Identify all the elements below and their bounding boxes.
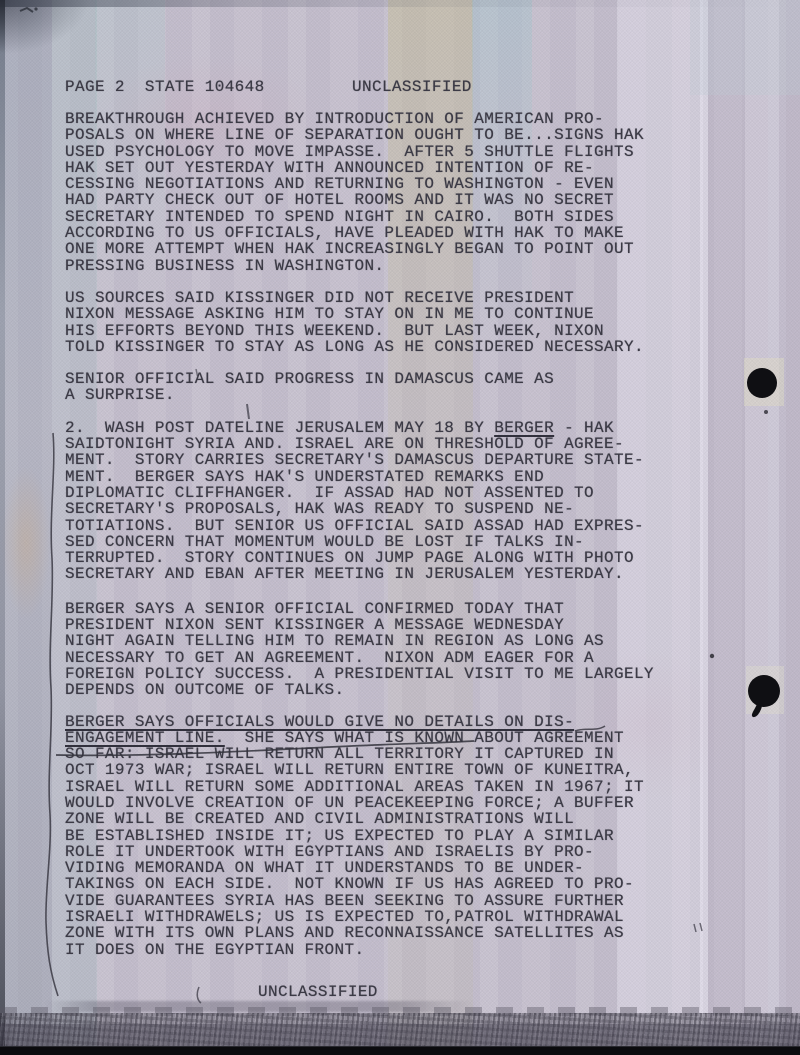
text-line: HAK SET OUT YESTERDAY WITH ANNOUNCED INT… xyxy=(65,160,705,176)
text-line: ZONE WITH ITS OWN PLANS AND RECONNAISSAN… xyxy=(65,925,705,941)
scan-band xyxy=(0,0,52,1055)
paragraph-3: SENIOR OFFICIAL SAID PROGRESS IN DAMASCU… xyxy=(65,371,705,404)
paragraph-6: BERGER SAYS OFFICIALS WOULD GIVE NO DETA… xyxy=(65,714,705,958)
text-line: BERGER SAYS A SENIOR OFFICIAL CONFIRMED … xyxy=(65,601,705,617)
text-line: 2. WASH POST DATELINE JERUSALEM MAY 18 B… xyxy=(65,420,705,436)
telegram-body: BREAKTHROUGH ACHIEVED BY INTRODUCTION OF… xyxy=(65,111,705,974)
text-line: ISRAELI WITHDRAWELS; US IS EXPECTED TO,P… xyxy=(65,909,705,925)
paragraph-4-rest: SAIDTONIGHT SYRIA AND. ISRAEL ARE ON THR… xyxy=(65,436,705,583)
text-line: VIDE GUARANTEES SYRIA HAS BEEN SEEKING T… xyxy=(65,893,705,909)
paragraph-4: 2. WASH POST DATELINE JERUSALEM MAY 18 B… xyxy=(65,420,705,583)
text-line: NECESSARY TO GET AN AGREEMENT. NIXON ADM… xyxy=(65,650,705,666)
text-line: SENIOR OFFICIAL SAID PROGRESS IN DAMASCU… xyxy=(65,371,705,387)
text-line: POSALS ON WHERE LINE OF SEPARATION OUGHT… xyxy=(65,127,705,143)
scan-left-edge xyxy=(0,0,5,1055)
scan-noise-band xyxy=(0,1024,800,1047)
text-line: BREAKTHROUGH ACHIEVED BY INTRODUCTION OF… xyxy=(65,111,705,127)
text-line: SECRETARY'S PROPOSALS, HAK WAS READY TO … xyxy=(65,501,705,517)
text-line: SECRETARY AND EBAN AFTER MEETING IN JERU… xyxy=(65,566,705,582)
ink-speck xyxy=(197,987,201,1003)
hole-punch-backing xyxy=(744,358,784,406)
text-line: US SOURCES SAID KISSINGER DID NOT RECEIV… xyxy=(65,290,705,306)
text-line: IT DOES ON THE EGYPTIAN FRONT. xyxy=(65,942,705,958)
text-line: PRESIDENT NIXON SENT KISSINGER A MESSAGE… xyxy=(65,617,705,633)
text-line: USED PSYCHOLOGY TO MOVE IMPASSE. AFTER 5… xyxy=(65,144,705,160)
text-line: OCT 1973 WAR; ISRAEL WILL RETURN ENTIRE … xyxy=(65,762,705,778)
scan-band xyxy=(690,0,800,95)
hole-punch xyxy=(747,368,777,398)
corner-scribble xyxy=(20,8,33,12)
paragraph-5: BERGER SAYS A SENIOR OFFICIAL CONFIRMED … xyxy=(65,601,705,699)
scan-band xyxy=(745,0,779,1055)
text-line: ROLE IT UNDERTOOK WITH EGYPTIANS AND ISR… xyxy=(65,844,705,860)
text-line: HIS EFFORTS BEYOND THIS WEEKEND. BUT LAS… xyxy=(65,323,705,339)
text-line: VIDING MEMORANDA ON WHAT IT UNDERSTANDS … xyxy=(65,860,705,876)
text-line: FOREIGN POLICY SUCCESS. A PRESIDENTIAL V… xyxy=(65,666,705,682)
paragraph-2: US SOURCES SAID KISSINGER DID NOT RECEIV… xyxy=(65,290,705,355)
underlined-engagement-line: ENGAGEMENT LINE. xyxy=(65,729,225,747)
text-line: TOTIATIONS. BUT SENIOR US OFFICIAL SAID … xyxy=(65,518,705,534)
text-line: ACCORDING TO US OFFICIALS, HAVE PLEADED … xyxy=(65,225,705,241)
paper-stain xyxy=(2,468,50,618)
page-header-id: PAGE 2 STATE 104648 xyxy=(65,79,265,95)
text-line: DEPENDS ON OUTCOME OF TALKS. xyxy=(65,682,705,698)
pen-margin-line xyxy=(46,433,58,996)
text-line: PRESSING BUSINESS IN WASHINGTON. xyxy=(65,258,705,274)
ink-speck xyxy=(34,7,37,10)
text-line: NIGHT AGAIN TELLING HIM TO REMAIN IN REG… xyxy=(65,633,705,649)
header-classification: UNCLASSIFIED xyxy=(352,79,472,95)
paragraph-6-rest: SO FAR: ISRAEL WILL RETURN ALL TERRITORY… xyxy=(65,746,705,958)
text-line: ZONE WILL BE CREATED AND CIVIL ADMINISTR… xyxy=(65,811,705,827)
text-segment: 2. WASH POST DATELINE JERUSALEM MAY 18 B… xyxy=(65,419,494,437)
text-line: ISRAEL WILL RETURN SOME ADDITIONAL AREAS… xyxy=(65,779,705,795)
footer-classification: UNCLASSIFIED xyxy=(258,984,378,1000)
hole-punch-backing xyxy=(746,666,784,714)
text-line: SO FAR: ISRAEL WILL RETURN ALL TERRITORY… xyxy=(65,746,705,762)
text-line: NIXON MESSAGE ASKING HIM TO STAY ON IN M… xyxy=(65,306,705,322)
text-line: BE ESTABLISHED INSIDE IT; US EXPECTED TO… xyxy=(65,828,705,844)
text-line: SAIDTONIGHT SYRIA AND. ISRAEL ARE ON THR… xyxy=(65,436,705,452)
scanned-telegram-page: PAGE 2 STATE 104648 UNCLASSIFIED BREAKTH… xyxy=(0,0,800,1055)
scan-black-bar xyxy=(0,1046,800,1055)
text-line: ENGAGEMENT LINE. SHE SAYS WHAT IS KNOWN … xyxy=(65,730,705,746)
scan-noise-band xyxy=(0,1013,800,1047)
text-segment: SHE SAYS WHAT IS KNOWN ABOUT AGREEMENT xyxy=(225,729,624,747)
hole-punch xyxy=(748,675,780,707)
underlined-dis-line: BERGER SAYS OFFICIALS WOULD GIVE NO DETA… xyxy=(65,714,705,730)
text-line: SECRETARY INTENDED TO SPEND NIGHT IN CAI… xyxy=(65,209,705,225)
text-line: SED CONCERN THAT MOMENTUM WOULD BE LOST … xyxy=(65,534,705,550)
text-line: DIPLOMATIC CLIFFHANGER. IF ASSAD HAD NOT… xyxy=(65,485,705,501)
underlined-berger: BERGER xyxy=(494,419,554,437)
scan-corner-shadow xyxy=(0,0,90,55)
hole-punch-tail xyxy=(752,704,762,717)
text-line: MENT. BERGER SAYS HAK'S UNDERSTATED REMA… xyxy=(65,469,705,485)
text-line: TOLD KISSINGER TO STAY AS LONG AS HE CON… xyxy=(65,339,705,355)
text-line: A SURPRISE. xyxy=(65,387,705,403)
text-line: MENT. STORY CARRIES SECRETARY'S DAMASCUS… xyxy=(65,452,705,468)
ink-speck xyxy=(710,654,714,658)
scan-top-edge xyxy=(0,0,800,7)
text-line: HAD PARTY CHECK OUT OF HOTEL ROOMS AND I… xyxy=(65,192,705,208)
scan-smudge xyxy=(45,1001,475,1012)
text-segment: - HAK xyxy=(554,419,614,437)
text-line: CESSING NEGOTIATIONS AND RETURNING TO WA… xyxy=(65,176,705,192)
ink-speck xyxy=(764,410,768,414)
scan-band xyxy=(708,0,800,1055)
text-line: TAKINGS ON EACH SIDE. NOT KNOWN IF US HA… xyxy=(65,876,705,892)
text-line: ONE MORE ATTEMPT WHEN HAK INCREASINGLY B… xyxy=(65,241,705,257)
text-line: TERRUPTED. STORY CONTINUES ON JUMP PAGE … xyxy=(65,550,705,566)
paragraph-1: BREAKTHROUGH ACHIEVED BY INTRODUCTION OF… xyxy=(65,111,705,274)
scan-edge-jagged xyxy=(0,1007,800,1016)
text-line: WOULD INVOLVE CREATION OF UN PEACEKEEPIN… xyxy=(65,795,705,811)
